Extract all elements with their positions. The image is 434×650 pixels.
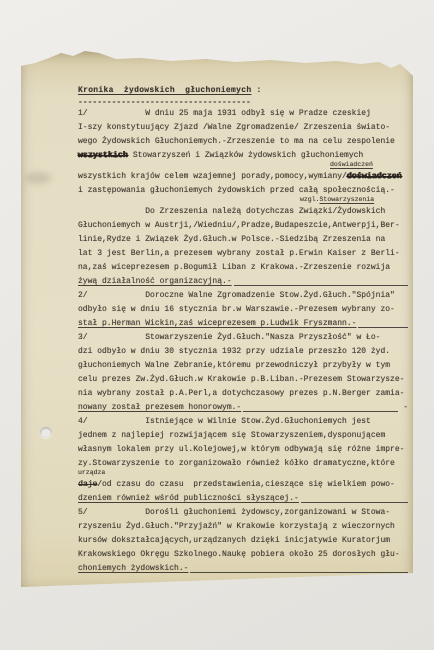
text-segment: stał p.Herman Wickin,zaś wiceprezesem p.… [78,317,356,331]
scanned-page: Kronika żydowskich głuchoniemych :------… [21,50,413,590]
text-line: Do Zrzeszenia należą dotychczas Związki/… [78,205,408,219]
text-segment: linie,Rydze i Związek Żyd.Głuch.w Polsce… [78,233,385,247]
scan-background: Kronika żydowskich głuchoniemych :------… [0,0,434,650]
text-line: stał p.Herman Wickin,zaś wiceprezesem p.… [78,317,408,331]
text-line: doświadczeń [78,161,408,168]
punch-hole [40,427,52,438]
text-segment: wego Żydowskich Głuchoniemych.-Zrzeszeni… [78,135,395,149]
text-segment: głuchoniemych Walne Zebranie,któremu prz… [78,359,390,373]
text-line: urządza [78,469,408,476]
text-segment: urządza [78,469,105,476]
text-segment: nowany został prezesem honorowym.- [78,401,241,415]
text-segment: 2/ Doroczne Walne Zgromadzenie Stow.Żyd.… [78,289,395,303]
text-line: Głuchoniemych w Austrji,/Wiedniu/,Pradze… [78,219,408,233]
text-line: rzyszeniu Żyd.Głuch."Przyjaźń" w Krakowi… [78,520,408,534]
text-line: 1/ W dniu 25 maja 1931 odbył się w Pradz… [78,107,408,121]
text-segment: jednem z najlepiej rozwijającem się Stow… [78,429,385,443]
typed-underscore-rule [190,572,408,573]
text-line: kursów dokształcających,urządzanych dzię… [78,534,408,548]
text-line: 5/ Dorośli głuchoniemi żydowscy,zorganiz… [78,506,408,520]
text-segment: 4/ Istniejące w Wilnie Stow.Żyd.Głuchoni… [78,415,371,429]
text-segment: na,zaś wiceprezesem p.Bogumił Liban z Kr… [78,261,390,275]
text-line: żywą działalność organizacyjną.- [78,275,408,289]
text-line: dzeniem również wśród publiczności słysz… [78,492,408,506]
text-segment: doświadczeń [347,170,402,184]
text-line: wszystkich krajów celem wzajemnej porady… [78,170,408,184]
text-segment: dzeniem również wśród publiczności słysz… [78,492,299,506]
text-line: choniemych żydowskich.- [78,562,408,576]
text-segment: I-szy konstytuujący Zjazd /Walne Zgromad… [78,121,390,135]
text-segment: Stowarzyszenia [320,196,375,203]
text-segment: własnym lokalem przy ul.Kolejowej,w któr… [78,443,404,457]
smudge-mark [25,172,51,184]
text-line: jednem z najlepiej rozwijającem się Stow… [78,429,408,443]
text-segment: 5/ Dorośli głuchoniemi żydowscy,zorganiz… [78,506,390,520]
text-segment: daje [78,478,97,492]
text-segment: celu prezes Zw.Żyd.Głuch.w Krakowie p.B.… [78,373,404,387]
text-line: daje/od czasu do czasu przedstawienia,ci… [78,478,408,492]
text-segment: choniemych żydowskich.- [78,562,188,576]
text-line: nowany został prezesem honorowym.- - [78,401,408,415]
text-line: lat 3 jest Berlin,a prezesem wybrany zos… [78,247,408,261]
text-line: linie,Rydze i Związek Żyd.Głuch.w Polsce… [78,233,408,247]
text-segment: wszystkich krajów celem wzajemnej porady… [78,170,347,184]
text-line: odbyło się w dniu 16 stycznia br.w Warsz… [78,303,408,317]
text-line: na,zaś wiceprezesem p.Bogumił Liban z Kr… [78,261,408,275]
text-segment: doświadczeń [330,161,373,168]
text-segment: kursów dokształcających,urządzanych dzię… [78,534,390,548]
text-segment: /od czasu do czasu przedstawienia,cieszą… [97,478,395,492]
text-segment: żywą działalność organizacyjną.- [78,275,232,289]
text-segment: Głuchoniemych w Austrji,/Wiedniu/,Pradze… [78,219,400,233]
document-title: Kronika żydowskich głuchoniemych : [78,84,408,99]
typed-underscore-rule [234,285,408,286]
text-segment: dzi odbyło w dniu 30 stycznia 1932 przy … [78,345,390,359]
typed-underscore-rule [358,327,408,328]
text-segment: Krakowskiego Okręgu Szkolnego.Naukę pobi… [78,548,400,562]
text-segment: Kronika żydowskich głuchoniemych [78,84,251,98]
typed-underscore-rule [301,502,408,503]
text-line: I-szy konstytuujący Zjazd /Walne Zgromad… [78,121,408,135]
text-segment: - [398,401,408,415]
text-segment: 3/ Stowarzyszenie Żyd.Głuch."Nasza Przys… [78,331,380,345]
text-segment: lat 3 jest Berlin,a prezesem wybrany zos… [78,247,400,261]
text-line: celu prezes Zw.Żyd.Głuch.w Krakowie p.B.… [78,373,408,387]
text-line: 2/ Doroczne Walne Zgromadzenie Stow.Żyd.… [78,289,408,303]
text-line: 4/ Istniejące w Wilnie Stow.Żyd.Głuchoni… [78,415,408,429]
text-line: dzi odbyło w dniu 30 stycznia 1932 przy … [78,345,408,359]
text-segment: 1/ W dniu 25 maja 1931 odbył się w Pradz… [78,107,371,121]
text-line: własnym lokalem przy ul.Kolejowej,w któr… [78,443,408,457]
text-line: głuchoniemych Walne Zebranie,któremu prz… [78,359,408,373]
typed-underscore-rule [243,411,398,412]
text-line: wzgl.Stowarzyszenia [78,196,408,203]
text-segment: rzyszeniu Żyd.Głuch."Przyjaźń" w Krakowi… [78,520,395,534]
text-line: nia wybrany został p.A.Perl,a dotychczas… [78,387,408,401]
text-line: 3/ Stowarzyszenie Żyd.Głuch."Nasza Przys… [78,331,408,345]
text-line: Krakowskiego Okręgu Szkolnego.Naukę pobi… [78,548,408,562]
typewritten-text: Kronika żydowskich głuchoniemych :------… [78,84,408,576]
text-segment: Do Zrzeszenia należą dotychczas Związki/… [78,205,385,219]
text-segment: nia wybrany został p.A.Perl,a dotychczas… [78,387,404,401]
text-segment: odbyło się w dniu 16 stycznia br.w Warsz… [78,303,395,317]
text-line: wego Żydowskich Głuchoniemych.-Zrzeszeni… [78,135,408,149]
text-line: ------------------------------------ [78,99,408,107]
text-segment: : [251,84,261,98]
text-segment: ------------------------------------ [78,99,251,107]
text-segment: wzgl. [300,196,320,203]
